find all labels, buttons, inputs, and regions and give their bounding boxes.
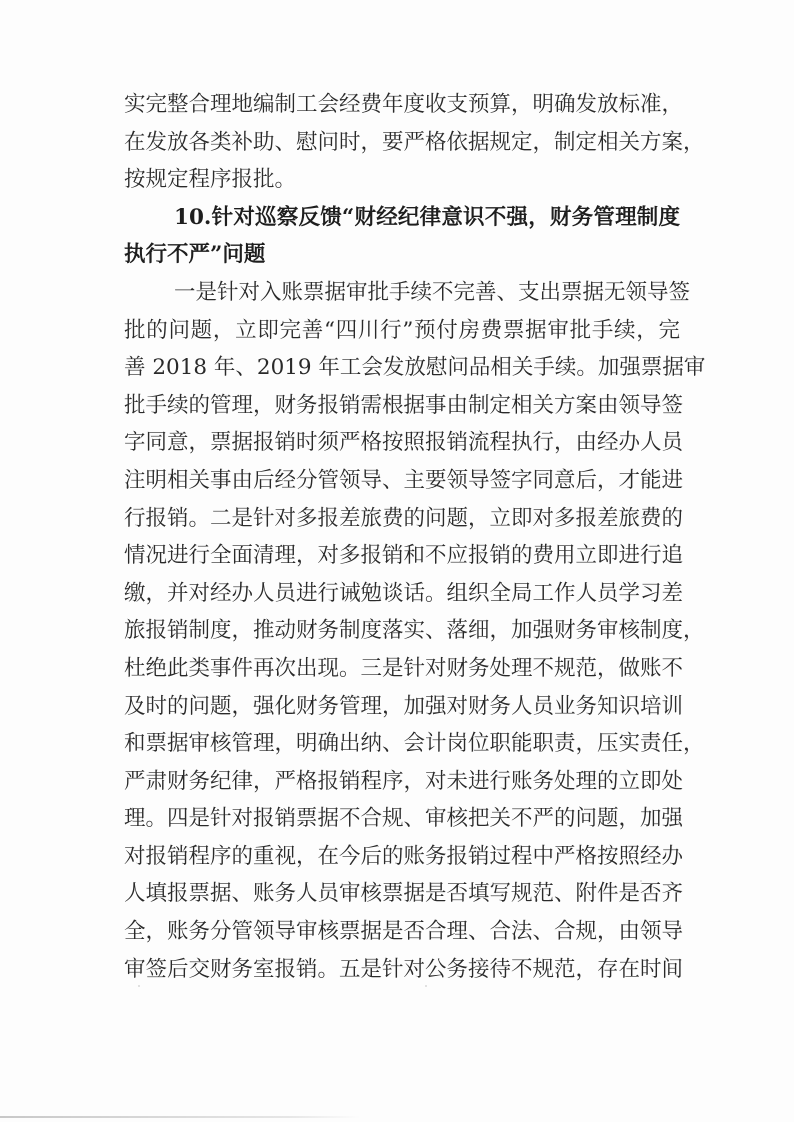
scan-speck: [425, 985, 427, 987]
text-line: 实完整合理地编制工会经费年度收支预算，明确发放标准，: [124, 86, 680, 124]
text-line: 对报销程序的重视，在今后的账务报销过程中严格按照经办: [124, 838, 680, 876]
text-line: 按规定程序报批。: [124, 161, 680, 199]
scan-edge-divider: [0, 1116, 360, 1118]
text-line: 严肃财务纪律，严格报销程序，对未进行账务处理的立即处: [124, 763, 680, 801]
text-line: 和票据审核管理，明确出纳、会计岗位职能职责，压实责任，: [124, 725, 680, 763]
text-line: 情况进行全面清理，对多报销和不应报销的费用立即进行追: [124, 537, 680, 575]
section-heading-continued: 执行不严”问题: [124, 236, 680, 274]
text-line: 人填报票据、账务人员审核票据是否填写规范、附件是否齐: [124, 875, 680, 913]
scan-speck: [138, 985, 140, 987]
text-line: 批的问题，立即完善“四川行”预付房费票据审批手续，完: [124, 312, 680, 350]
section-heading: 10.针对巡察反馈“财经纪律意识不强，财务管理制度: [124, 199, 680, 237]
scan-speck: [640, 880, 642, 882]
text-line: 及时的问题，强化财务管理，加强对财务人员业务知识培训: [124, 688, 680, 726]
document-body: 实完整合理地编制工会经费年度收支预算，明确发放标准， 在发放各类补助、慰问时，要…: [124, 86, 680, 988]
text-line: 字同意，票据报销时须严格按照报销流程执行，由经办人员: [124, 424, 680, 462]
text-line: 理。四是针对报销票据不合规、审核把关不严的问题，加强: [124, 800, 680, 838]
document-page: 实完整合理地编制工会经费年度收支预算，明确发放标准， 在发放各类补助、慰问时，要…: [0, 0, 794, 1122]
text-line: 善 2018 年、2019 年工会发放慰问品相关手续。加强票据审: [124, 349, 680, 387]
text-line: 注明相关事由后经分管领导、主要领导签字同意后，才能进: [124, 462, 680, 500]
text-line: 缴，并对经办人员进行诫勉谈话。组织全局工作人员学习差: [124, 575, 680, 613]
text-line: 批手续的管理，财务报销需根据事由制定相关方案由领导签: [124, 387, 680, 425]
text-line: 全，账务分管领导审核票据是否合理、合法、合规，由领导: [124, 913, 680, 951]
text-line: 杜绝此类事件再次出现。三是针对财务处理不规范，做账不: [124, 650, 680, 688]
text-line: 在发放各类补助、慰问时，要严格依据规定，制定相关方案，: [124, 124, 680, 162]
text-line: 审签后交财务室报销。五是针对公务接待不规范，存在时间: [124, 951, 680, 989]
text-line: 行报销。二是针对多报差旅费的问题，立即对多报差旅费的: [124, 500, 680, 538]
text-line: 旅报销制度，推动财务制度落实、落细，加强财务审核制度，: [124, 612, 680, 650]
paragraph-start: 一是针对入账票据审批手续不完善、支出票据无领导签: [124, 274, 680, 312]
